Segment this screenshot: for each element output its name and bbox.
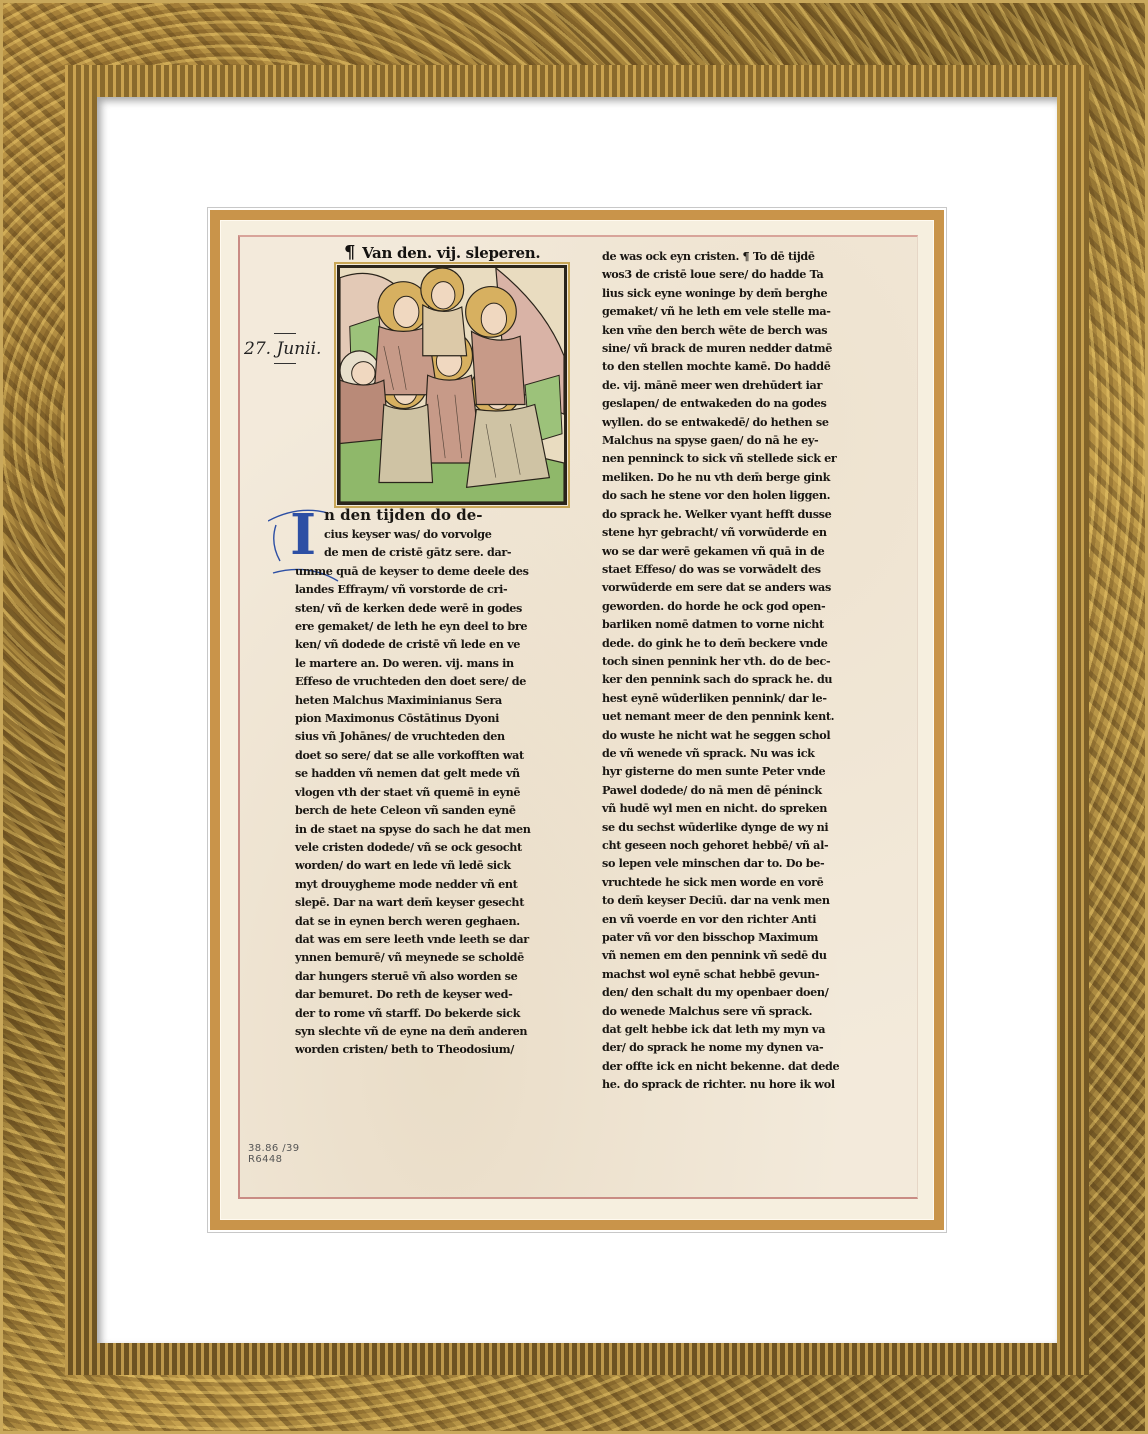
left-text-column: n den tijden do de- cius keyser was/ do … bbox=[295, 505, 565, 1059]
chapter-heading-text: Van den. vij. sleperen. bbox=[362, 244, 540, 262]
text-line: stene hyr gebracht/ vñ vorwūderde en bbox=[602, 523, 862, 541]
text-line: de vñ wenede vñ sprack. Nu was ick bbox=[602, 744, 862, 762]
text-line: n den tijden do de- bbox=[295, 505, 565, 525]
text-line: geslapen/ de entwakeden do na godes bbox=[602, 394, 862, 412]
text-line: Pawel dodede/ do nā men dē péninck bbox=[602, 781, 862, 799]
text-line: ken/ vñ dodede de cristē vñ lede en ve bbox=[295, 635, 565, 653]
text-line: lius sick eyne woninge by dem̄ berghe bbox=[602, 284, 862, 302]
text-line: berch de hete Celeon vñ sanden eynē bbox=[295, 801, 565, 819]
text-line: dar bemuret. Do reth de keyser wed- bbox=[295, 985, 565, 1003]
text-line: to den stellen mochte kamē. Do haddē bbox=[602, 357, 862, 375]
text-line: de men de cristē gātz sere. dar- bbox=[295, 543, 565, 561]
text-line: hyr gisterne do men sunte Peter vnde bbox=[602, 762, 862, 780]
text-line: sius vñ Johānes/ de vruchteden den bbox=[295, 727, 565, 745]
text-line: do sach he stene vor den holen liggen. bbox=[602, 486, 862, 504]
accession-number: 38.86 /39 R6448 bbox=[248, 1143, 300, 1165]
text-line: ere gemaket/ de leth he eyn deel to bre bbox=[295, 617, 565, 635]
text-line: dat was em sere leeth vnde leeth se dar bbox=[295, 930, 565, 948]
pilcrow-mark: ¶ bbox=[344, 242, 355, 263]
text-line: le martere an. Do weren. vij. mans in bbox=[295, 654, 565, 672]
text-line: he. do sprack de richter. nu hore ik wol bbox=[602, 1075, 862, 1093]
woodcut-illustration-icon bbox=[340, 268, 564, 502]
text-line: worden cristen/ beth to Theodosium/ bbox=[295, 1040, 565, 1058]
text-line: in de staet na spyse do sach he dat men bbox=[295, 820, 565, 838]
text-line: vorwūderde em sere dat se anders was bbox=[602, 578, 862, 596]
text-line: der offte ick en nicht bekenne. dat dede bbox=[602, 1057, 862, 1075]
text-line: dede. do gink he to dem̄ beckere vnde bbox=[602, 634, 862, 652]
text-line: Effeso de vruchteden den doet sere/ de bbox=[295, 672, 565, 690]
accession-line-2: R6448 bbox=[248, 1154, 300, 1165]
text-line: meliken. Do he nu vth dem̄ berge gink bbox=[602, 468, 862, 486]
text-line: se hadden vñ nemen dat gelt mede vñ bbox=[295, 764, 565, 782]
text-line: de. vij. mānē meer wen drehūdert iar bbox=[602, 376, 862, 394]
margin-rule-bottom bbox=[274, 363, 296, 364]
text-line: vlogen vth der staet vñ quemē in eynē bbox=[295, 783, 565, 801]
text-line: dat gelt hebbe ick dat leth my myn va bbox=[602, 1020, 862, 1038]
text-line: doet so sere/ dat se alle vorkofften wat bbox=[295, 746, 565, 764]
manuscript-page: ¶ Van den. vij. sleperen. 27. Junii. bbox=[238, 235, 918, 1199]
text-line: vruchtede he sick men worde en vorē bbox=[602, 873, 862, 891]
text-line: myt drouygheme mode nedder vñ ent bbox=[295, 875, 565, 893]
text-line: geworden. do horde he ock god open- bbox=[602, 597, 862, 615]
chapter-heading: ¶ Van den. vij. sleperen. bbox=[344, 242, 540, 263]
text-line: hest eynē wūderliken pennink/ dar le- bbox=[602, 689, 862, 707]
text-line: der/ do sprack he nome my dynen va- bbox=[602, 1038, 862, 1056]
text-line: nen penninck to sick vñ stellede sick er bbox=[602, 449, 862, 467]
right-text-column: de was ock eyn cristen. ¶ To dē tijdē wo… bbox=[602, 247, 862, 1094]
text-line: se du sechst wūderlike dynge de wy ni bbox=[602, 818, 862, 836]
text-line: barliken nomē datmen to vorne nicht bbox=[602, 615, 862, 633]
text-line: do sprack he. Welker vyant hefft dusse bbox=[602, 505, 862, 523]
text-line: so lepen vele minschen dar to. Do be- bbox=[602, 854, 862, 872]
text-line: pater vñ vor den bisschop Maximum bbox=[602, 928, 862, 946]
text-line: en vñ voerde en vor den richter Anti bbox=[602, 910, 862, 928]
text-line: machst wol eynē schat hebbē gevun- bbox=[602, 965, 862, 983]
text-line: vñ nemen em den pennink vñ sedē du bbox=[602, 946, 862, 964]
text-line: cius keyser was/ do vorvolge bbox=[295, 525, 565, 543]
text-line: sine/ vñ brack de muren nedder datmē bbox=[602, 339, 862, 357]
text-line: wyllen. do se entwakedē/ do hethen se bbox=[602, 413, 862, 431]
text-line: syn slechte vñ de eyne na dem̄ anderen bbox=[295, 1022, 565, 1040]
text-line: slepē. Dar na wart dem̄ keyser gesecht bbox=[295, 893, 565, 911]
text-line: ken vm̄e den berch wēte de berch was bbox=[602, 321, 862, 339]
text-line: staet Effeso/ do was se vorwādelt des bbox=[602, 560, 862, 578]
margin-rule-top bbox=[274, 333, 296, 334]
text-line: dar hungers steruē vñ also worden se bbox=[295, 967, 565, 985]
text-line: umme quā de keyser to deme deele des bbox=[295, 562, 565, 580]
margin-note-text: 27. Junii. bbox=[244, 339, 321, 359]
text-line: ynnen bemurē/ vñ meynede se scholdē bbox=[295, 948, 565, 966]
text-line: cht geseen noch gehoret hebbē/ vñ al- bbox=[602, 836, 862, 854]
text-line: uet nemant meer de den pennink kent. bbox=[602, 707, 862, 725]
text-line: den/ den schalt du my openbaer doen/ bbox=[602, 983, 862, 1001]
text-line: vñ hudē wyl men en nicht. do spreken bbox=[602, 799, 862, 817]
text-line: vele cristen dodede/ vñ se ock gesocht bbox=[295, 838, 565, 856]
text-line: to dem̄ keyser Deciū. dar na venk men bbox=[602, 891, 862, 909]
text-line: do wuste he nicht wat he seggen schol bbox=[602, 726, 862, 744]
text-line: gemaket/ vñ he leth em vele stelle ma- bbox=[602, 302, 862, 320]
text-line: dat se in eynen berch weren geghaen. bbox=[295, 912, 565, 930]
text-line: do wenede Malchus sere vñ sprack. bbox=[602, 1002, 862, 1020]
ornate-gold-frame: ¶ Van den. vij. sleperen. 27. Junii. bbox=[0, 0, 1148, 1434]
text-line: ker den pennink sach do sprack he. du bbox=[602, 670, 862, 688]
text-line: toch sinen pennink her vth. do de bec- bbox=[602, 652, 862, 670]
text-line: worden/ do wart en lede vñ ledē sick bbox=[295, 856, 565, 874]
text-line: der to rome vñ starff. Do bekerde sick bbox=[295, 1004, 565, 1022]
text-line: sten/ vñ de kerken dede werē in godes bbox=[295, 599, 565, 617]
margin-note-date: 27. Junii. bbox=[244, 339, 321, 359]
woodcut-seven-sleepers bbox=[337, 265, 567, 505]
text-line: wo se dar werē gekamen vñ quā in de bbox=[602, 542, 862, 560]
text-line: de was ock eyn cristen. ¶ To dē tijdē bbox=[602, 247, 862, 265]
accession-line-1: 38.86 /39 bbox=[248, 1143, 300, 1154]
text-line: landes Effraym/ vñ vorstorde de cri- bbox=[295, 580, 565, 598]
text-line: Malchus na spyse gaen/ do nā he ey- bbox=[602, 431, 862, 449]
text-line: wos3 de cristē loue sere/ do hadde Ta bbox=[602, 265, 862, 283]
text-line: heten Malchus Maximinianus Sera bbox=[295, 691, 565, 709]
text-line: pion Maximonus Cōstātinus Dyoni bbox=[295, 709, 565, 727]
